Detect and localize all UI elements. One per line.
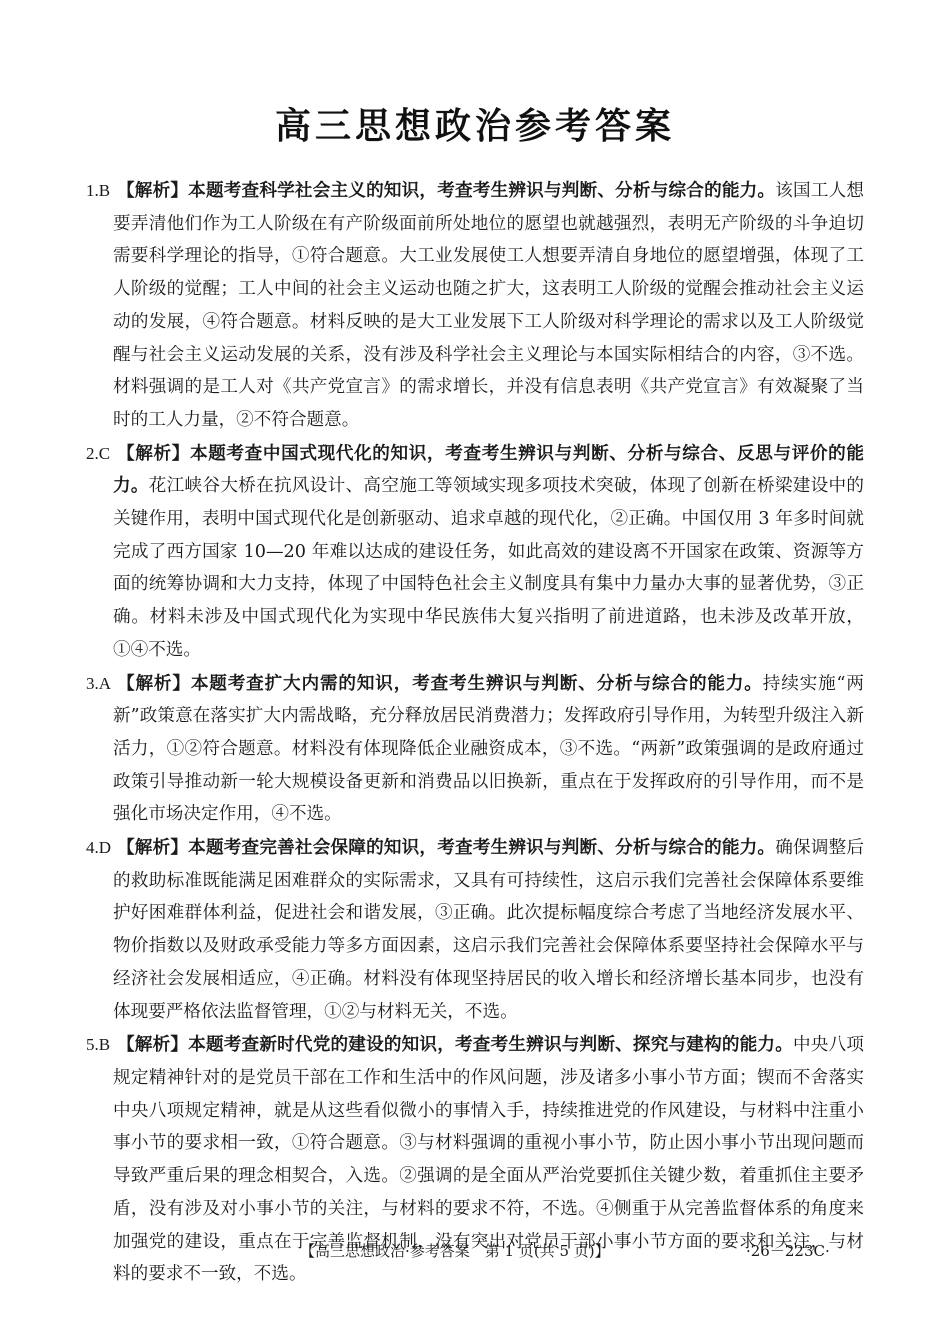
analysis-tag: 【解析】 xyxy=(117,838,188,858)
answer-number: 2.C xyxy=(86,438,110,471)
analysis-body: 该国工人想要弄清他们作为工人阶级在有产阶级面前所处地位的愿望也就越强烈，表明无产… xyxy=(113,181,864,430)
analysis-tag: 【解析】 xyxy=(117,444,190,464)
answer-number: 5.B xyxy=(86,1029,110,1062)
analysis-lead: 本题考查科学社会主义的知识，考查考生辨识与判断、分析与综合的能力。 xyxy=(188,181,775,201)
footer-code: ·26－223C· xyxy=(746,1240,830,1261)
answer-item-1: 1.B【解析】本题考查科学社会主义的知识，考查考生辨识与判断、分析与综合的能力。… xyxy=(86,175,864,437)
answer-item-2: 2.C【解析】本题考查中国式现代化的知识，考查考生辨识与判断、分析与综合、反思与… xyxy=(86,438,864,667)
analysis-tag: 【解析】 xyxy=(117,1035,188,1055)
analysis-lead: 本题考查完善社会保障的知识，考查考生辨识与判断、分析与综合的能力。 xyxy=(188,838,775,858)
analysis-body: 持续实施“两新”政策意在落实扩大内需战略，充分释放居民消费潜力；发挥政府引导作用… xyxy=(113,674,864,825)
analysis-lead: 本题考查扩大内需的知识，考查考生辨识与判断、分析与综合的能力。 xyxy=(191,674,763,694)
answer-item-4: 4.D【解析】本题考查完善社会保障的知识，考查考生辨识与判断、分析与综合的能力。… xyxy=(86,832,864,1028)
analysis-lead: 本题考查新时代党的建设的知识，考查考生辨识与判断、探究与建构的能力。 xyxy=(188,1035,793,1055)
analysis-body: 确保调整后的救助标准既能满足困难群众的实际需求，又具有可持续性，这启示我们完善社… xyxy=(113,838,864,1022)
analysis-body: 花江峡谷大桥在抗风设计、高空施工等领域实现多项技术突破，体现了创新在桥梁建设中的… xyxy=(113,476,864,660)
answer-number: 3.A xyxy=(86,668,111,701)
footer-page-info: 【高三思想政治·参考答案 第 1 页(共 5 页)】 xyxy=(300,1240,610,1261)
answer-list: 1.B【解析】本题考查科学社会主义的知识，考查考生辨识与判断、分析与综合的能力。… xyxy=(86,175,864,1292)
answer-number: 1.B xyxy=(86,175,110,208)
answer-item-3: 3.A【解析】本题考查扩大内需的知识，考查考生辨识与判断、分析与综合的能力。持续… xyxy=(86,668,864,832)
page-title: 高三思想政治参考答案 xyxy=(0,98,950,149)
answer-number: 4.D xyxy=(86,832,111,865)
analysis-tag: 【解析】 xyxy=(117,181,188,201)
analysis-tag: 【解析】 xyxy=(117,674,191,694)
